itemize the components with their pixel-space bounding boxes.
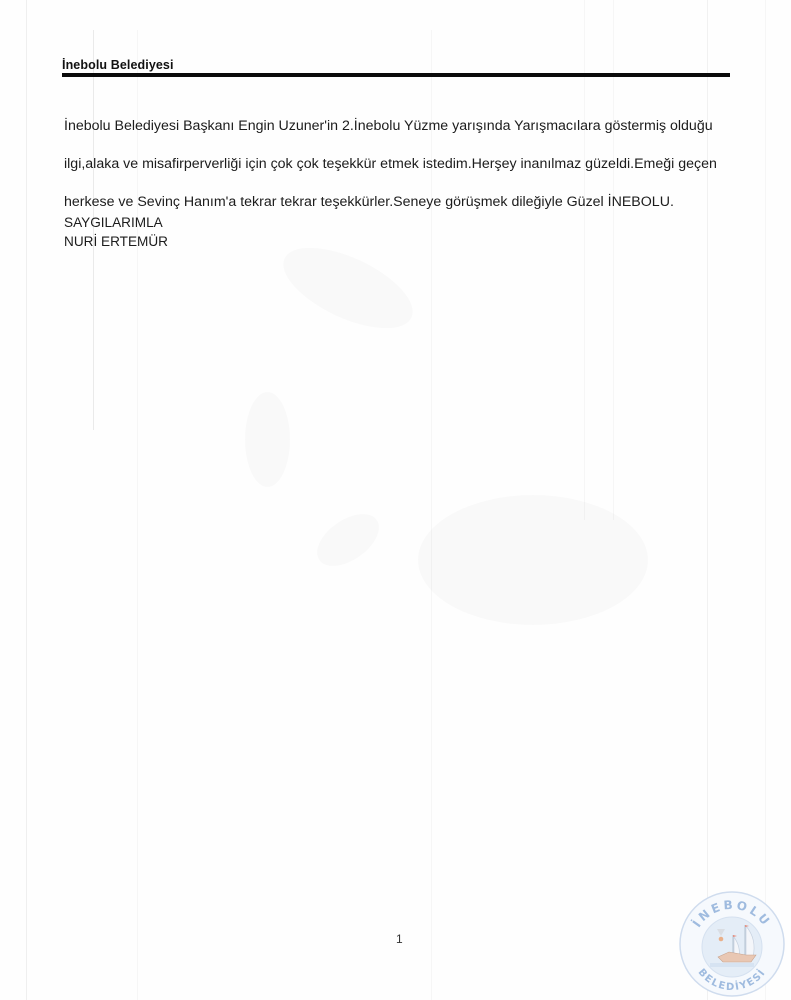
letter-body-line: İnebolu Belediyesi Başkanı Engin Uzuner'… — [64, 117, 734, 136]
scan-streak — [584, 0, 585, 520]
scan-ghost — [418, 495, 648, 625]
signature-block: SAYGILARIMLA NURİ ERTEMÜR — [64, 213, 168, 251]
closing-text: SAYGILARIMLA — [64, 213, 168, 232]
document-page: İnebolu Belediyesi İnebolu Belediyesi Ba… — [0, 0, 791, 1000]
letter-body-line: herkese ve Sevinç Hanım'a tekrar tekrar … — [64, 193, 734, 212]
letter-body-line: ilgi,alaka ve misafirperverliği için çok… — [64, 155, 734, 174]
inebolu-municipality-logo-icon: İNEBOLU BELEDİYESİ — [677, 889, 787, 999]
scan-ghost — [245, 392, 290, 487]
page-number: 1 — [396, 932, 403, 946]
header-divider — [62, 73, 730, 77]
scan-ghost — [308, 504, 388, 577]
letter-body: İnebolu Belediyesi Başkanı Engin Uzuner'… — [64, 98, 734, 231]
letterhead-title: İnebolu Belediyesi — [62, 58, 174, 72]
signer-name: NURİ ERTEMÜR — [64, 232, 168, 251]
scan-streak — [613, 0, 614, 520]
scan-ghost — [272, 231, 424, 345]
scan-streak — [26, 0, 27, 1000]
scan-streak — [765, 0, 766, 1000]
